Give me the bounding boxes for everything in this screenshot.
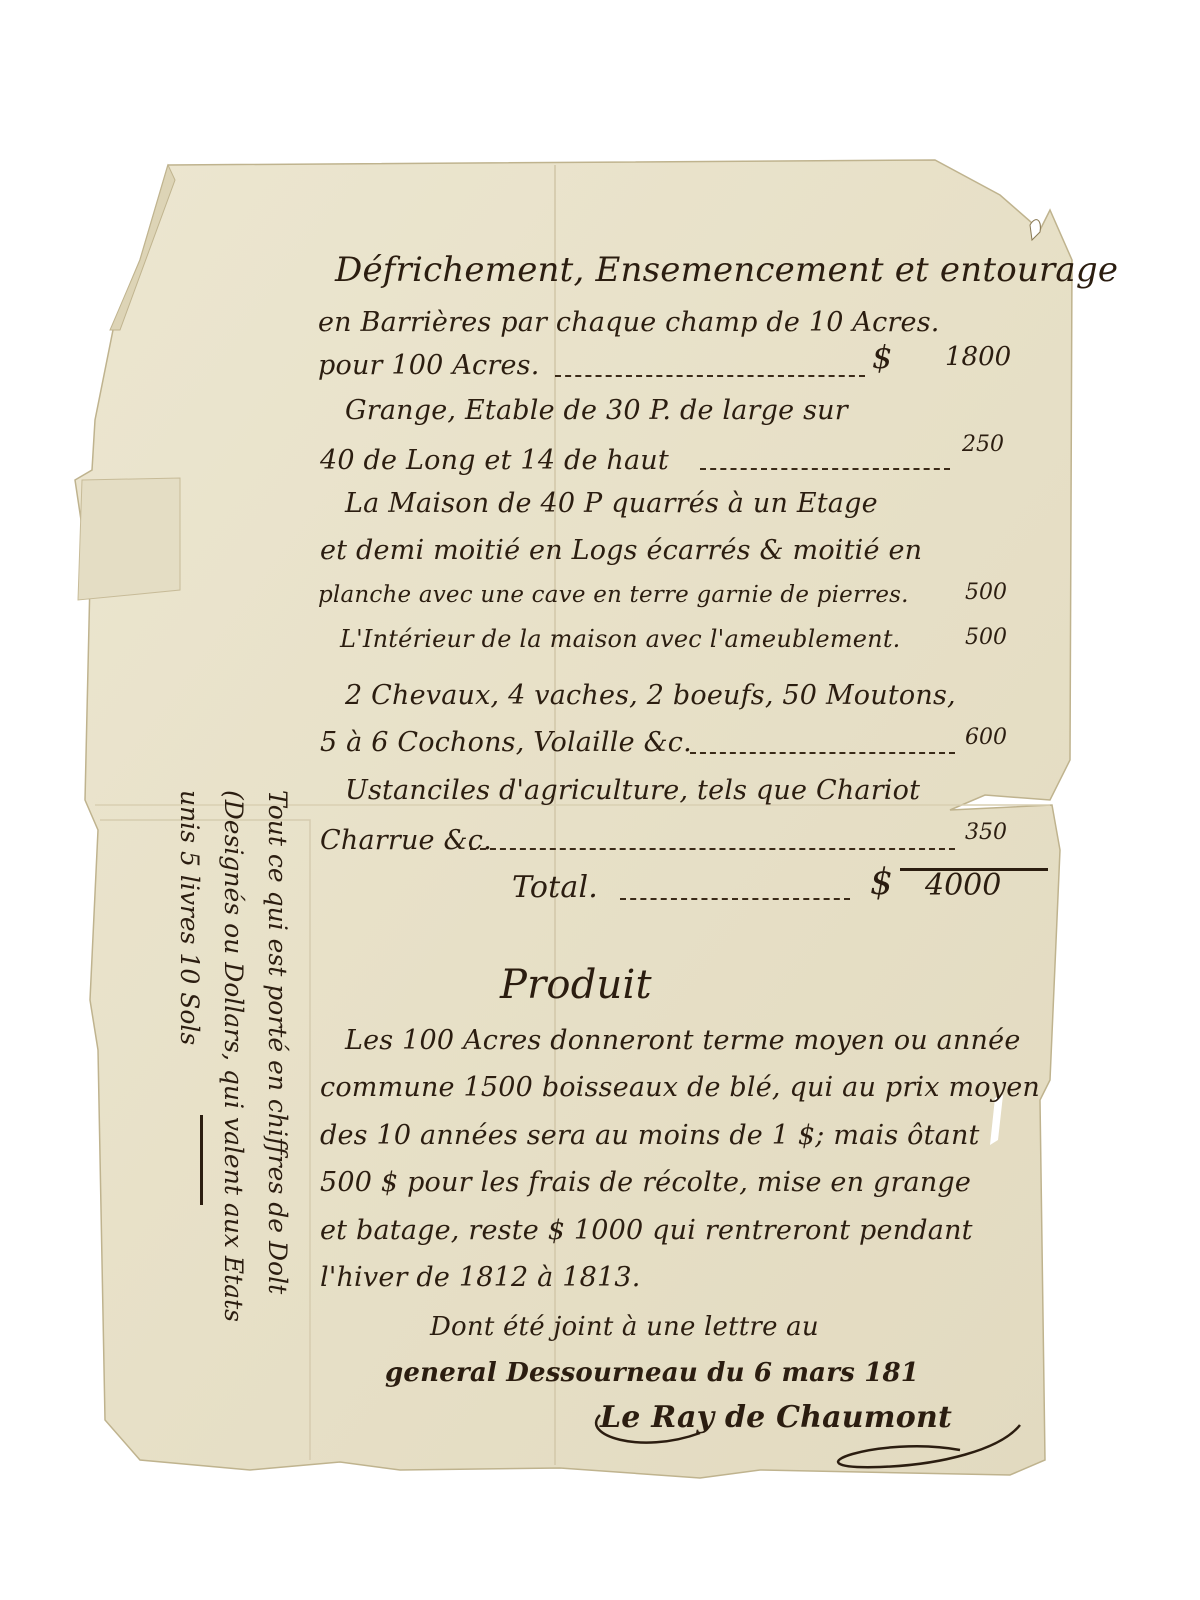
expense-5-amount: 600: [965, 725, 1007, 750]
expense-4-line-1: L'Intérieur de la maison avec l'ameublem…: [340, 625, 901, 653]
expense-2-line-2: 40 de Long et 14 de haut: [320, 445, 669, 476]
leader-dots: [620, 898, 850, 900]
expense-3-line-1: La Maison de 40 P quarrés à un Etage: [345, 488, 878, 519]
heading-line-2: en Barrières par chaque champ de 10 Acre…: [318, 307, 940, 338]
produit-line-5: et batage, reste $ 1000 qui rentreront p…: [320, 1215, 973, 1246]
section-title-produit: Produit: [500, 962, 652, 1008]
margin-note: Tout ce qui est porté en chiffres de Dol…: [160, 790, 292, 1322]
margin-note-line-3: unis 5 livres 10 Sols: [160, 790, 204, 1322]
expense-3-amount: 500: [965, 580, 1007, 605]
expense-1-line-1: pour 100 Acres.: [318, 350, 539, 381]
document-photo: Défrichement, Ensemencement et entourage…: [0, 0, 1200, 1600]
expense-5-line-1: 2 Chevaux, 4 vaches, 2 boeufs, 50 Mouton…: [345, 680, 956, 711]
produit-line-6: l'hiver de 1812 à 1813.: [320, 1262, 641, 1293]
expense-6-line-2: Charrue &c.: [320, 825, 492, 856]
leader-dots: [555, 375, 865, 377]
expense-6-amount: 350: [965, 820, 1007, 845]
leader-dots: [700, 468, 950, 470]
signature-flourish: [580, 1395, 1040, 1475]
expense-2-line-1: Grange, Etable de 30 P. de large sur: [345, 395, 848, 426]
annotation-line-2: general Dessourneau du 6 mars 181: [385, 1358, 919, 1388]
expense-2-amount: 250: [962, 432, 1004, 457]
total-label: Total.: [512, 870, 598, 905]
annotation-line-1: Dont été joint à une lettre au: [430, 1312, 819, 1342]
heading-line-1: Défrichement, Ensemencement et entourage: [335, 250, 1118, 290]
expense-1-currency: $: [872, 338, 892, 376]
produit-line-4: 500 $ pour les frais de récolte, mise en…: [320, 1167, 971, 1198]
total-amount: 4000: [925, 868, 1001, 903]
margin-rule: [200, 1115, 203, 1205]
expense-5-line-2: 5 à 6 Cochons, Volaille &c.: [320, 727, 692, 758]
leader-dots: [470, 848, 955, 850]
produit-line-1: Les 100 Acres donneront terme moyen ou a…: [345, 1025, 1021, 1056]
expense-4-amount: 500: [965, 625, 1007, 650]
produit-line-3: des 10 années sera au moins de 1 $; mais…: [320, 1120, 980, 1151]
margin-note-line-1: Tout ce qui est porté en chiffres de Dol…: [248, 790, 292, 1322]
expense-3-line-3: planche avec une cave en terre garnie de…: [318, 582, 909, 608]
expense-3-line-2: et demi moitié en Logs écarrés & moitié …: [320, 535, 922, 566]
leader-dots: [690, 752, 955, 754]
expense-6-line-1: Ustanciles d'agriculture, tels que Chari…: [345, 775, 920, 806]
expense-1-amount: 1800: [945, 342, 1011, 372]
total-currency: $: [870, 862, 893, 903]
margin-note-line-2: (Designés ou Dollars, qui valent aux Eta…: [204, 790, 248, 1322]
produit-line-2: commune 1500 boisseaux de blé, qui au pr…: [320, 1072, 1040, 1103]
